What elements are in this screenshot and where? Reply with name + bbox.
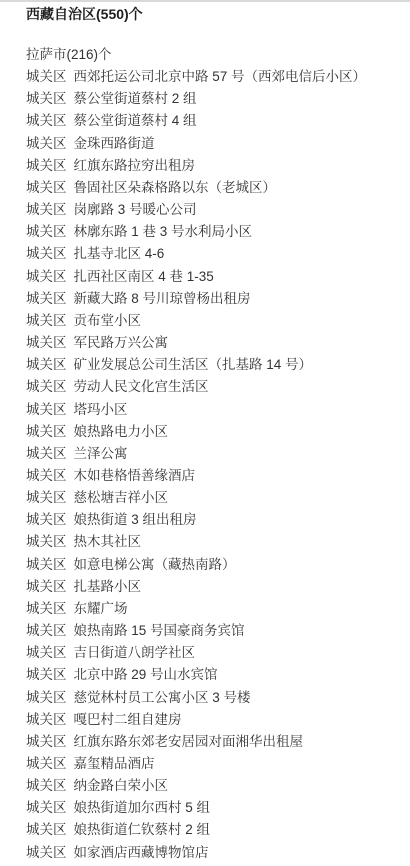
place-name: 热木其社区 xyxy=(74,534,142,549)
district-label: 城关区 xyxy=(26,822,67,837)
place-name: 纳金路白荣小区 xyxy=(74,778,169,793)
district-label: 城关区 xyxy=(26,623,67,638)
place-name: 贡布堂小区 xyxy=(74,313,142,328)
place-name: 嘉玺精品酒店 xyxy=(74,756,155,771)
district-label: 城关区 xyxy=(26,246,67,261)
place-name: 矿业发展总公司生活区（扎基路 14 号） xyxy=(74,357,313,372)
document-content: 西藏自治区(550)个 拉萨市(216)个 城关区西郊托运公司北京中路 57 号… xyxy=(0,0,410,864)
place-name: 如家酒店西藏博物馆店 xyxy=(74,845,209,860)
place-name: 西郊托运公司北京中路 57 号（西郊电信后小区） xyxy=(74,69,367,84)
place-name: 岗廓路 3 号暖心公司 xyxy=(74,202,197,217)
list-item: 城关区北京中路 29 号山水宾馆 xyxy=(26,664,402,686)
district-label: 城关区 xyxy=(26,91,67,106)
district-label: 城关区 xyxy=(26,601,67,616)
list-item: 城关区纳金路白荣小区 xyxy=(26,775,402,797)
list-item: 城关区东耀广场 xyxy=(26,598,402,620)
list-item: 城关区慈松塘吉祥小区 xyxy=(26,487,402,509)
district-label: 城关区 xyxy=(26,534,67,549)
place-name: 娘热街道加尔西村 5 组 xyxy=(74,800,211,815)
place-name: 扎基寺北区 4-6 xyxy=(74,246,165,261)
place-name: 娘热南路 15 号国豪商务宾馆 xyxy=(74,623,245,638)
place-name: 红旗东路拉穷出租房 xyxy=(74,158,196,173)
place-name: 嘎巴村二组自建房 xyxy=(74,712,182,727)
district-label: 城关区 xyxy=(26,712,67,727)
district-label: 城关区 xyxy=(26,800,67,815)
place-name: 鲁固社区朵森格路以东（老城区） xyxy=(74,180,277,195)
district-label: 城关区 xyxy=(26,69,67,84)
list-item: 城关区红旗东路东郊老安居园对面湘华出租屋 xyxy=(26,731,402,753)
list-item: 城关区娘热路电力小区 xyxy=(26,421,402,443)
list-item: 城关区扎西社区南区 4 巷 1-35 xyxy=(26,266,402,288)
place-name: 吉日街道八朗学社区 xyxy=(74,645,196,660)
place-name: 娘热路电力小区 xyxy=(74,424,169,439)
district-label: 城关区 xyxy=(26,402,67,417)
list-item: 城关区嘎巴村二组自建房 xyxy=(26,709,402,731)
district-label: 城关区 xyxy=(26,468,67,483)
location-list: 城关区西郊托运公司北京中路 57 号（西郊电信后小区）城关区蔡公堂街道蔡村 2 … xyxy=(26,66,402,864)
list-item: 城关区贡布堂小区 xyxy=(26,310,402,332)
list-item: 城关区军民路万兴公寓 xyxy=(26,332,402,354)
list-item: 城关区红旗东路拉穷出租房 xyxy=(26,155,402,177)
list-item: 城关区西郊托运公司北京中路 57 号（西郊电信后小区） xyxy=(26,66,402,88)
list-item: 城关区林廓东路 1 巷 3 号水利局小区 xyxy=(26,221,402,243)
place-name: 蔡公堂街道蔡村 2 组 xyxy=(74,91,197,106)
district-label: 城关区 xyxy=(26,269,67,284)
list-item: 城关区娘热街道加尔西村 5 组 xyxy=(26,797,402,819)
place-name: 娘热街道仁钦蔡村 2 组 xyxy=(74,822,211,837)
list-item: 城关区嘉玺精品酒店 xyxy=(26,753,402,775)
district-label: 城关区 xyxy=(26,113,67,128)
list-item: 城关区娘热街道仁钦蔡村 2 组 xyxy=(26,819,402,841)
district-label: 城关区 xyxy=(26,645,67,660)
place-name: 林廓东路 1 巷 3 号水利局小区 xyxy=(74,224,253,239)
place-name: 军民路万兴公寓 xyxy=(74,335,169,350)
list-item: 城关区塔玛小区 xyxy=(26,399,402,421)
list-item: 城关区如家酒店西藏博物馆店 xyxy=(26,842,402,864)
district-label: 城关区 xyxy=(26,180,67,195)
place-name: 北京中路 29 号山水宾馆 xyxy=(74,667,218,682)
district-label: 城关区 xyxy=(26,335,67,350)
place-name: 红旗东路东郊老安居园对面湘华出租屋 xyxy=(74,734,304,749)
list-item: 城关区鲁固社区朵森格路以东（老城区） xyxy=(26,177,402,199)
place-name: 劳动人民文化宫生活区 xyxy=(74,379,209,394)
list-item: 城关区新藏大路 8 号川琼曾杨出租房 xyxy=(26,288,402,310)
city-header: 拉萨市(216)个 xyxy=(26,44,402,66)
district-label: 城关区 xyxy=(26,690,67,705)
place-name: 慈松塘吉祥小区 xyxy=(74,490,169,505)
place-name: 扎西社区南区 4 巷 1-35 xyxy=(74,269,214,284)
place-name: 如意电梯公寓（藏热南路） xyxy=(74,557,236,572)
district-label: 城关区 xyxy=(26,778,67,793)
place-name: 兰泽公寓 xyxy=(74,446,128,461)
district-label: 城关区 xyxy=(26,291,67,306)
place-name: 娘热街道 3 组出租房 xyxy=(74,512,197,527)
list-item: 城关区兰泽公寓 xyxy=(26,443,402,465)
district-label: 城关区 xyxy=(26,424,67,439)
list-item: 城关区娘热街道 3 组出租房 xyxy=(26,509,402,531)
list-item: 城关区矿业发展总公司生活区（扎基路 14 号） xyxy=(26,354,402,376)
list-item: 城关区扎基路小区 xyxy=(26,576,402,598)
place-name: 东耀广场 xyxy=(74,601,128,616)
district-label: 城关区 xyxy=(26,202,67,217)
place-name: 慈觉林村员工公寓小区 3 号楼 xyxy=(74,690,251,705)
district-label: 城关区 xyxy=(26,579,67,594)
list-item: 城关区热木其社区 xyxy=(26,531,402,553)
list-item: 城关区如意电梯公寓（藏热南路） xyxy=(26,554,402,576)
title-gap xyxy=(26,24,402,44)
district-label: 城关区 xyxy=(26,490,67,505)
district-label: 城关区 xyxy=(26,357,67,372)
district-label: 城关区 xyxy=(26,446,67,461)
district-label: 城关区 xyxy=(26,557,67,572)
place-name: 木如巷格悟善缘酒店 xyxy=(74,468,196,483)
list-item: 城关区扎基寺北区 4-6 xyxy=(26,243,402,265)
list-item: 城关区岗廓路 3 号暖心公司 xyxy=(26,199,402,221)
place-name: 塔玛小区 xyxy=(74,402,128,417)
district-label: 城关区 xyxy=(26,224,67,239)
district-label: 城关区 xyxy=(26,756,67,771)
district-label: 城关区 xyxy=(26,667,67,682)
place-name: 金珠西路街道 xyxy=(74,136,155,151)
list-item: 城关区木如巷格悟善缘酒店 xyxy=(26,465,402,487)
list-item: 城关区慈觉林村员工公寓小区 3 号楼 xyxy=(26,687,402,709)
district-label: 城关区 xyxy=(26,313,67,328)
list-item: 城关区娘热南路 15 号国豪商务宾馆 xyxy=(26,620,402,642)
district-label: 城关区 xyxy=(26,158,67,173)
list-item: 城关区劳动人民文化宫生活区 xyxy=(26,376,402,398)
list-item: 城关区蔡公堂街道蔡村 4 组 xyxy=(26,110,402,132)
district-label: 城关区 xyxy=(26,845,67,860)
place-name: 扎基路小区 xyxy=(74,579,142,594)
list-item: 城关区金珠西路街道 xyxy=(26,133,402,155)
list-item: 城关区吉日街道八朗学社区 xyxy=(26,642,402,664)
document-page: 西藏自治区(550)个 拉萨市(216)个 城关区西郊托运公司北京中路 57 号… xyxy=(0,0,410,866)
place-name: 新藏大路 8 号川琼曾杨出租房 xyxy=(74,291,251,306)
list-item: 城关区蔡公堂街道蔡村 2 组 xyxy=(26,88,402,110)
place-name: 蔡公堂街道蔡村 4 组 xyxy=(74,113,197,128)
district-label: 城关区 xyxy=(26,136,67,151)
district-label: 城关区 xyxy=(26,512,67,527)
district-label: 城关区 xyxy=(26,734,67,749)
region-title: 西藏自治区(550)个 xyxy=(26,4,402,24)
district-label: 城关区 xyxy=(26,379,67,394)
